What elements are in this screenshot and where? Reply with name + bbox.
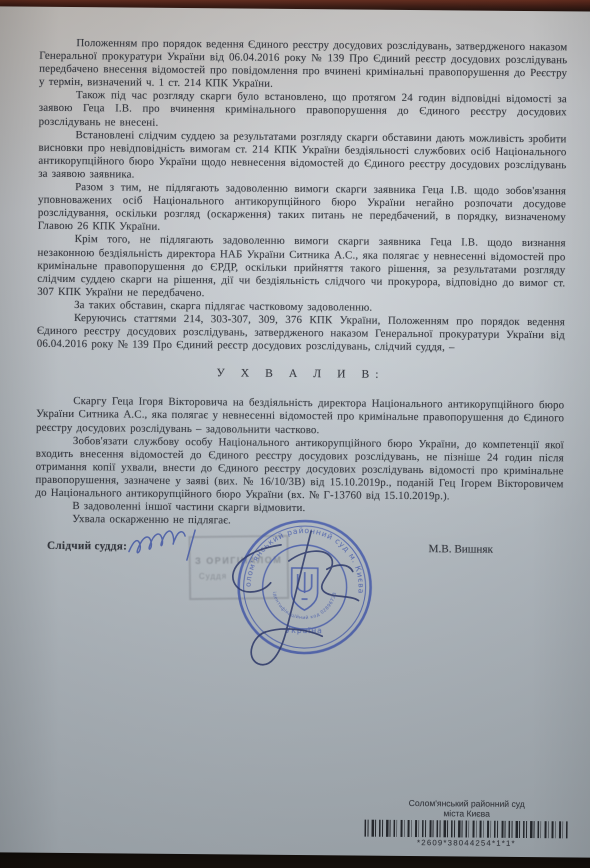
paper-sheet: Положенням про порядок ведення Єдиного р… [0, 6, 590, 857]
footer-barcode-block: Солом'янський районний суд міста Києва *… [358, 798, 574, 849]
footer-court-city: міста Києва [359, 808, 575, 820]
trident-emblem-icon [291, 568, 317, 610]
resolution-paragraph: Скаргу Геца Ігоря Вікторовича на бездіял… [36, 395, 564, 439]
barcode-number: *2609*38044254*1*1* [358, 838, 574, 849]
body-paragraph: Положенням про порядок ведення Єдиного р… [39, 37, 567, 94]
certification-stamp-subtext: Суддя [191, 571, 227, 580]
barcode [364, 820, 568, 839]
body-paragraph: Встановлені слідчим суддею за результата… [38, 128, 566, 185]
court-seal-icon: Солом'янський районний суд м. Києва іден… [234, 516, 375, 657]
document-photo: Положенням про порядок ведення Єдиного р… [0, 0, 590, 868]
resolution-paragraph: Зобов'язати службову особу Національного… [35, 434, 564, 504]
document-body: Положенням про порядок ведення Єдиного р… [35, 37, 567, 531]
court-seal: Солом'янський районний суд м. Києва іден… [234, 516, 375, 657]
body-paragraph: Разом з тим, не підлягають задоволенню в… [38, 181, 566, 238]
seal-country-text: Україна [286, 626, 323, 635]
judge-signature-label: Слідчий суддя: [35, 540, 127, 553]
body-paragraph: Крім того, не підлягають задоволенню вим… [37, 233, 566, 303]
body-paragraph: Також під час розгляду скарги було встан… [39, 89, 567, 133]
ruling-heading: У Х В А Л И В: [36, 366, 564, 384]
seal-code-text: ідентифікаційний код 02896733 [271, 591, 338, 621]
svg-text:ідентифікаційний код 02896733: ідентифікаційний код 02896733 [271, 591, 338, 621]
body-paragraph: Керуючись статтями 214, 303-307, 309, 37… [37, 312, 565, 356]
judge-name: М.В. Вишняк [428, 543, 563, 556]
